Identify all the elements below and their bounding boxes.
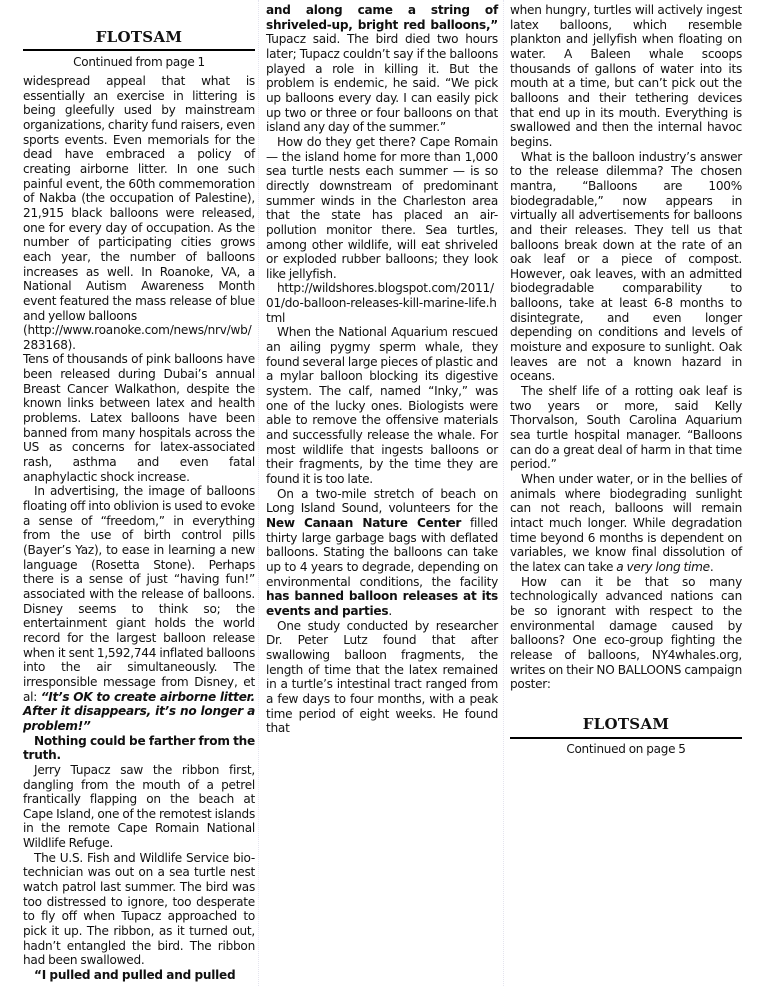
source-url: http://wildshores.blogspot.com/2011/01/d… [266, 281, 498, 325]
column-divider [503, 0, 504, 986]
paragraph: Jerry Tupacz saw the ribbon first, dangl… [23, 763, 255, 851]
paragraph: The U.S. Fish and Wildlife Service bio-t… [23, 851, 255, 968]
continued-on-label[interactable]: Continued on page 5 [510, 741, 742, 757]
paragraph: and along came a string of shriveled-up,… [266, 3, 498, 135]
paragraph: When under water, or in the bellies of a… [510, 472, 742, 575]
organization-name: New Canaan Nature Center [266, 516, 461, 530]
section-heading: FLOTSAM [23, 27, 255, 47]
column-1: FLOTSAM Continued from page 1 widespread… [23, 0, 255, 983]
paragraph: Tens of thousands of pink balloons have … [23, 352, 255, 484]
paragraph: Nothing could be farther from the truth. [23, 734, 255, 763]
paragraph: When the National Aquarium rescued an ai… [266, 325, 498, 486]
paragraph: The shelf life of a rotting oak leaf is … [510, 384, 742, 472]
section-heading: FLOTSAM [510, 714, 742, 734]
continuation-footer: FLOTSAM Continued on page 5 [510, 714, 742, 757]
heading-rule [510, 737, 742, 739]
paragraph: widespread appeal that what is essential… [23, 74, 255, 323]
paragraph: when hungry, turtles will actively inges… [510, 3, 742, 150]
paragraph: In advertising, the image of balloons fl… [23, 484, 255, 733]
disney-quote: “It’s OK to create airborne litter. Afte… [23, 690, 255, 733]
paragraph: How do they get there? Cape Romain — the… [266, 135, 498, 282]
paragraph: One study conducted by researcher Dr. Pe… [266, 619, 498, 736]
column-2: and along came a string of shriveled-up,… [266, 0, 498, 736]
paragraph: What is the balloon industry’s answer to… [510, 150, 742, 385]
paragraph: How can it be that so many technological… [510, 575, 742, 692]
column-divider [258, 0, 259, 986]
continued-from-label: Continued from page 1 [23, 54, 255, 70]
column-3: when hungry, turtles will actively inges… [510, 0, 742, 757]
heading-rule [23, 49, 255, 51]
paragraph: On a two-mile stretch of beach on Long I… [266, 487, 498, 619]
paragraph: (http://www.roanoke.com/news/nrv/w [23, 338, 255, 353]
paragraph: “I pulled and pulled and pulled [23, 968, 255, 983]
